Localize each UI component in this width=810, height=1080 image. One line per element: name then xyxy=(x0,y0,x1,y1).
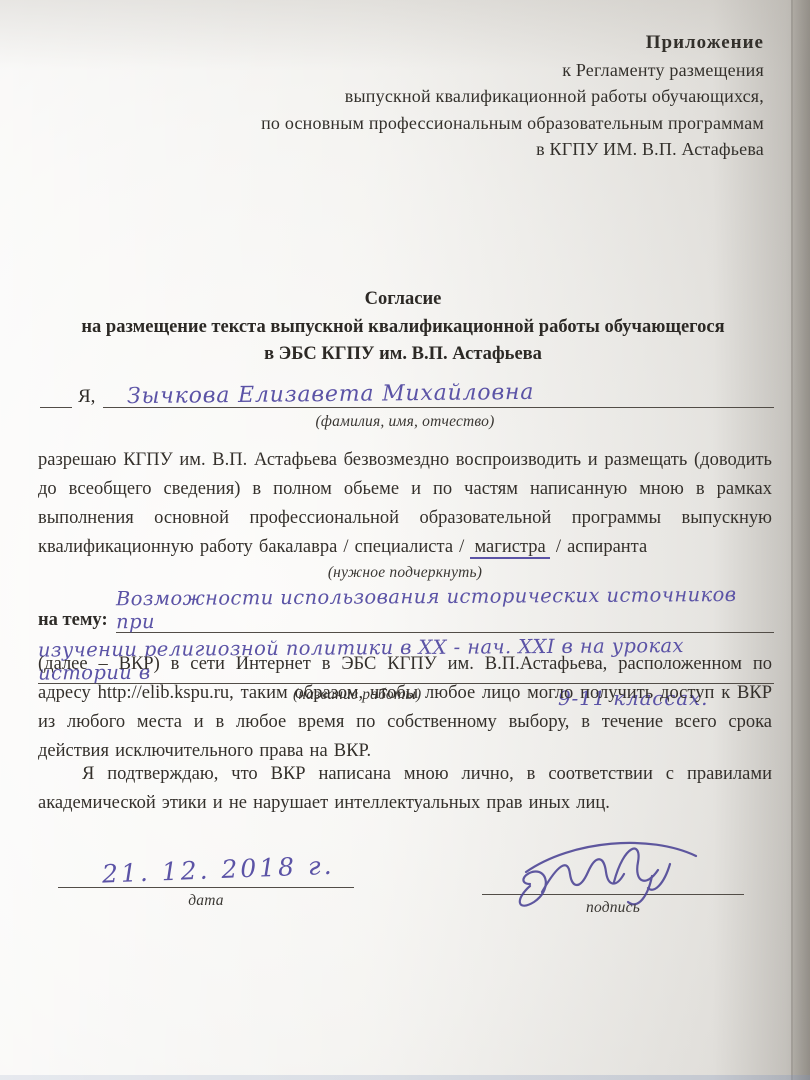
name-line: Я, Зычкова Елизавета Михайловна xyxy=(40,381,774,408)
handwritten-date: 21. 12. 2018 г. xyxy=(58,851,335,891)
signature-caption: подпись xyxy=(482,899,744,917)
name-rule: Зычкова Елизавета Михайловна xyxy=(103,382,774,408)
permission-text-before: разрешаю КГПУ им. В.П. Астафьева безвозм… xyxy=(38,450,772,557)
appendix-header-line: в КГПУ ИМ. В.П. Астафьева xyxy=(40,136,764,163)
permission-paragraph: разрешаю КГПУ им. В.П. Астафьева безвозм… xyxy=(38,446,772,562)
confirmation-paragraph: Я подтверждаю, что ВКР написана мною лич… xyxy=(38,760,772,818)
underlined-degree: магистра xyxy=(470,537,549,559)
topic-rule-1: Возможности использования исторических и… xyxy=(116,585,774,633)
appendix-header-line: выпускной квалификационной работы обучаю… xyxy=(40,83,764,110)
permission-text-after: / аспиранта xyxy=(550,537,648,557)
appendix-header-line: по основным профессиональным образовател… xyxy=(40,110,764,137)
paper-edge-shade xyxy=(793,0,810,1080)
topic-label: на тему: xyxy=(38,610,116,633)
signature-block: подпись xyxy=(482,830,744,917)
appendix-header-line: Приложение xyxy=(40,30,764,57)
pre-name-rule xyxy=(40,381,72,408)
appendix-header: Приложение к Регламенту размещения выпус… xyxy=(40,30,764,163)
name-prefix: Я, xyxy=(72,386,103,408)
handwritten-name: Зычкова Елизавета Михайловна xyxy=(127,380,534,409)
name-caption: (фамилия, имя, отчество) xyxy=(0,413,810,431)
document-title-line: Согласие xyxy=(20,286,786,314)
document-title: Согласие на размещение текста выпускной … xyxy=(20,286,786,369)
underline-instruction-caption: (нужное подчеркнуть) xyxy=(0,564,810,582)
date-caption: дата xyxy=(58,892,354,910)
appendix-header-line: к Регламенту размещения xyxy=(40,57,764,84)
document-title-line: в ЭБС КГПУ им. В.П. Астафьева xyxy=(20,341,786,369)
distribution-paragraph: (далее – ВКР) в сети Интернет в ЭБС КГПУ… xyxy=(38,650,772,766)
scan-edge xyxy=(0,1075,810,1080)
document-title-line: на размещение текста выпускной квалифика… xyxy=(20,314,786,342)
date-block: 21. 12. 2018 г. дата xyxy=(58,856,354,910)
document-page: Приложение к Регламенту размещения выпус… xyxy=(0,0,810,1080)
topic-row-1: на тему: Возможности использования истор… xyxy=(38,585,774,633)
topic-handwritten-line-1: Возможности использования исторических и… xyxy=(115,583,774,634)
